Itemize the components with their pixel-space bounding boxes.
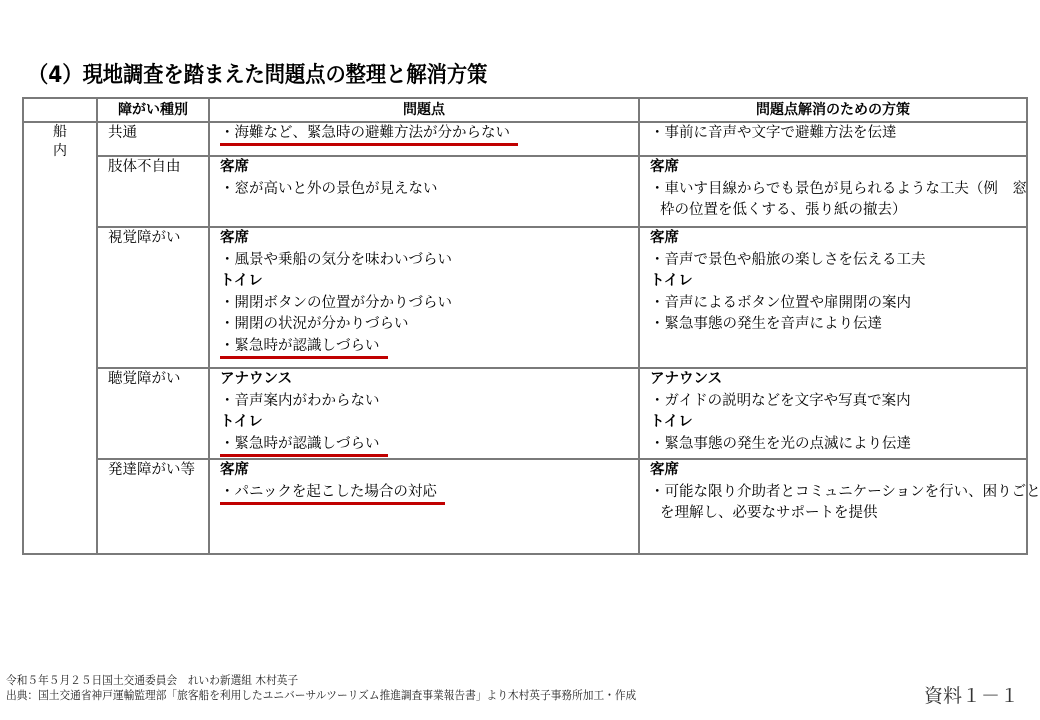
header-problems: 問題点: [209, 98, 639, 122]
list-item: ・緊急事態の発生を光の点滅により伝達: [650, 434, 1016, 456]
section-heading: トイレ: [650, 412, 1016, 434]
footer-line-source: 出典：国土交通省神戸運輸監理部「旅客船を利用したユニバーサルツーリズム推進調査事…: [6, 688, 636, 703]
section-heading: 客席: [220, 460, 628, 482]
list-item: ・音声案内がわからない: [220, 391, 628, 413]
list-item: ・緊急時が認識しづらい: [220, 336, 628, 359]
category-cell: 視覚障がい: [97, 227, 209, 368]
section-heading: 客席: [220, 157, 628, 179]
list-item: ・窓が高いと外の景色が見えない: [220, 179, 628, 201]
highlighted-issue: ・緊急時が認識しづらい: [220, 337, 388, 359]
problems-cell: 客席・パニックを起こした場合の対応: [209, 459, 639, 554]
table-row: 視覚障がい 客席・風景や乗船の気分を味わいづらいトイレ・開閉ボタンの位置が分かり…: [23, 227, 1027, 368]
problems-cell: 客席・風景や乗船の気分を味わいづらいトイレ・開閉ボタンの位置が分かりづらい・開閉…: [209, 227, 639, 368]
problems-solutions-table: 障がい種別 問題点 問題点解消のための方策 船 内 共通 ・海難など、緊急時の避…: [22, 97, 1028, 555]
list-item: ・風景や乗船の気分を味わいづらい: [220, 250, 628, 272]
category-cell: 聴覚障がい: [97, 368, 209, 459]
table-row: 聴覚障がい アナウンス・音声案内がわからないトイレ・緊急時が認識しづらい アナウ…: [23, 368, 1027, 459]
section-heading: 客席: [650, 157, 1016, 179]
location-char: 船: [34, 123, 86, 142]
table-row: 肢体不自由 客席・窓が高いと外の景色が見えない 客席・車いす目線からでも景色が見…: [23, 156, 1027, 227]
category-cell: 肢体不自由: [97, 156, 209, 227]
list-item: ・音声によるボタン位置や扉開閉の案内: [650, 293, 1016, 315]
highlighted-issue: ・海難など、緊急時の避難方法が分からない: [220, 124, 518, 146]
section-heading: トイレ: [650, 271, 1016, 293]
list-item: ・緊急時が認識しづらい: [220, 434, 628, 457]
problems-cell: アナウンス・音声案内がわからないトイレ・緊急時が認識しづらい: [209, 368, 639, 459]
highlighted-issue: ・緊急時が認識しづらい: [220, 435, 388, 457]
location-cell: 船 内: [23, 122, 97, 554]
solutions-cell: 客席・車いす目線からでも景色が見られるような工夫（例 窓枠の位置を低くする、張り…: [639, 156, 1027, 227]
solutions-cell: アナウンス・ガイドの説明などを文字や写真で案内トイレ・緊急事態の発生を光の点滅に…: [639, 368, 1027, 459]
header-location: [23, 98, 97, 122]
list-item: ・海難など、緊急時の避難方法が分からない: [220, 123, 628, 146]
category-cell: 発達障がい等: [97, 459, 209, 554]
list-item: ・音声で景色や船旅の楽しさを伝える工夫: [650, 250, 1016, 272]
table-header-row: 障がい種別 問題点 問題点解消のための方策: [23, 98, 1027, 122]
problems-cell: 客席・窓が高いと外の景色が見えない: [209, 156, 639, 227]
list-item: を理解し、必要なサポートを提供: [650, 503, 1016, 525]
section-heading: アナウンス: [220, 369, 628, 391]
section-heading: アナウンス: [650, 369, 1016, 391]
header-disability-type: 障がい種別: [97, 98, 209, 122]
category-cell: 共通: [97, 122, 209, 156]
solutions-cell: 客席・可能な限り介助者とコミュニケーションを行い、困りごとを理解し、必要なサポー…: [639, 459, 1027, 554]
list-item: ・開閉の状況が分かりづらい: [220, 314, 628, 336]
section-heading: トイレ: [220, 412, 628, 434]
section-heading: 客席: [650, 460, 1016, 482]
document-id: 資料１－１: [924, 681, 1019, 708]
footer-line-committee: 令和５年５月２５日国土交通委員会 れいわ新選組 木村英子: [6, 673, 636, 688]
section-heading: 客席: [220, 228, 628, 250]
list-item: 枠の位置を低くする、張り紙の撤去）: [650, 200, 1016, 222]
location-char: 内: [34, 142, 86, 161]
problems-cell: ・海難など、緊急時の避難方法が分からない: [209, 122, 639, 156]
list-item: ・緊急事態の発生を音声により伝達: [650, 314, 1016, 336]
footer-source: 令和５年５月２５日国土交通委員会 れいわ新選組 木村英子 出典：国土交通省神戸運…: [6, 673, 636, 703]
section-heading: トイレ: [220, 271, 628, 293]
page-title: （4）現地調査を踏まえた問題点の整理と解消方策: [28, 58, 487, 89]
solutions-cell: 客席・音声で景色や船旅の楽しさを伝える工夫トイレ・音声によるボタン位置や扉開閉の…: [639, 227, 1027, 368]
highlighted-issue: ・パニックを起こした場合の対応: [220, 483, 445, 505]
header-solutions: 問題点解消のための方策: [639, 98, 1027, 122]
list-item: ・車いす目線からでも景色が見られるような工夫（例 窓: [650, 179, 1016, 201]
list-item: ・開閉ボタンの位置が分かりづらい: [220, 293, 628, 315]
section-heading: 客席: [650, 228, 1016, 250]
list-item: ・ガイドの説明などを文字や写真で案内: [650, 391, 1016, 413]
table-row: 船 内 共通 ・海難など、緊急時の避難方法が分からない ・事前に音声や文字で避難…: [23, 122, 1027, 156]
solutions-cell: ・事前に音声や文字で避難方法を伝達: [639, 122, 1027, 156]
list-item: ・パニックを起こした場合の対応: [220, 482, 628, 505]
table-row: 発達障がい等 客席・パニックを起こした場合の対応 客席・可能な限り介助者とコミュ…: [23, 459, 1027, 554]
list-item: ・可能な限り介助者とコミュニケーションを行い、困りごと: [650, 482, 1016, 504]
list-item: ・事前に音声や文字で避難方法を伝達: [650, 123, 1016, 145]
